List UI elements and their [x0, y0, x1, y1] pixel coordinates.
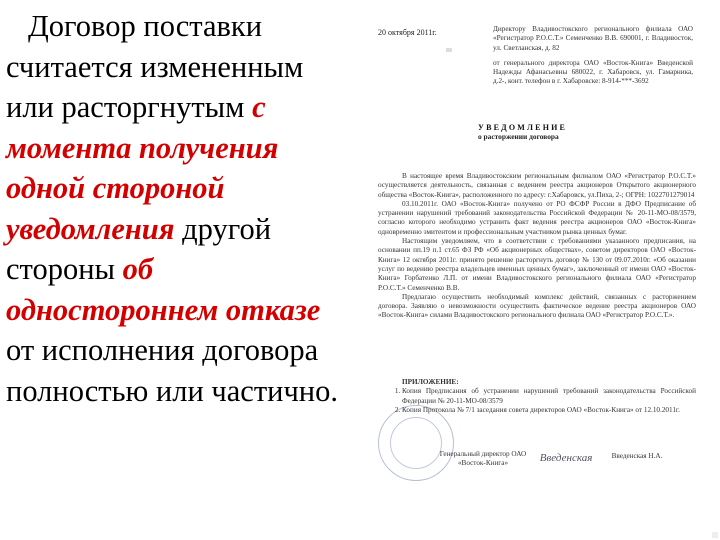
scanned-letter: 20 октября 2011г. Директору Владивостокс… — [368, 20, 698, 500]
letter-header: Директору Владивостокского регионального… — [493, 25, 693, 93]
letter-title: УВЕДОМЛЕНИЕ — [478, 123, 567, 132]
text-line: уведомления другой — [6, 209, 362, 250]
slide-text: Договор поставкисчитается измененнымили … — [6, 6, 362, 411]
text-line: одной стороной — [6, 168, 362, 209]
letter-title-block: УВЕДОМЛЕНИЕ о расторжении договора — [478, 123, 567, 142]
emphasis-text: уведомления — [6, 212, 174, 246]
text-line: считается измененным — [6, 47, 362, 88]
body-text: стороны — [6, 252, 123, 286]
body-text: Договор поставки — [28, 9, 262, 43]
letter-body: В настоящее время Владивостокским регион… — [378, 172, 696, 321]
attachments-heading: ПРИЛОЖЕНИЕ: — [378, 378, 696, 387]
body-text: другой — [174, 212, 271, 246]
text-line: от исполнения договора — [6, 330, 362, 371]
signature-icon: Введенская — [540, 454, 610, 463]
scan-artifact — [712, 532, 718, 538]
letter-date: 20 октября 2011г. — [378, 28, 437, 37]
body-text: от исполнения договора — [6, 333, 318, 367]
body-text: считается измененным — [6, 50, 303, 84]
attachment-item: Копия Протокола № 7/1 заседания совета д… — [402, 406, 696, 415]
text-line: Договор поставки — [6, 6, 362, 47]
body-text: полностью или частично. — [6, 374, 338, 408]
text-line: одностороннем отказе — [6, 290, 362, 331]
letter-paragraph: Предлагаю осуществить необходимый компле… — [378, 293, 696, 321]
emphasis-text: с — [252, 90, 266, 124]
signer-position: Генеральный директор ОАО «Восток-Книга» — [428, 450, 538, 469]
emphasis-text: об — [123, 252, 153, 286]
text-line: стороны об — [6, 249, 362, 290]
letter-paragraph: Настоящим уведомляем, что в соответствии… — [378, 237, 696, 293]
letter-paragraph: В настоящее время Владивостокским регион… — [378, 172, 696, 200]
letter-attachments: ПРИЛОЖЕНИЕ: Копия Предписания об устране… — [378, 378, 696, 415]
text-line: или расторгнутым с — [6, 87, 362, 128]
letter-paragraph: 03.10.2011г. ОАО «Восток-Книга» получено… — [378, 200, 696, 237]
letter-subtitle: о расторжении договора — [478, 132, 567, 141]
attachment-item: Копия Предписания об устранении нарушени… — [402, 387, 696, 406]
emphasis-text: одностороннем отказе — [6, 293, 320, 327]
letter-sender: от генерального директора ОАО «Восток-Кн… — [493, 59, 693, 87]
emphasis-text: одной стороной — [6, 171, 225, 205]
text-line: полностью или частично. — [6, 371, 362, 412]
text-line: момента получения — [6, 128, 362, 169]
stamp-icon — [378, 405, 454, 481]
letter-addressee: Директору Владивостокского регионального… — [493, 25, 693, 53]
emphasis-text: момента получения — [6, 131, 278, 165]
body-text: или расторгнутым — [6, 90, 252, 124]
signer-name: Введенская Н.А. — [612, 452, 663, 461]
letter-signature-block: Генеральный директор ОАО «Восток-Книга» … — [428, 450, 698, 469]
